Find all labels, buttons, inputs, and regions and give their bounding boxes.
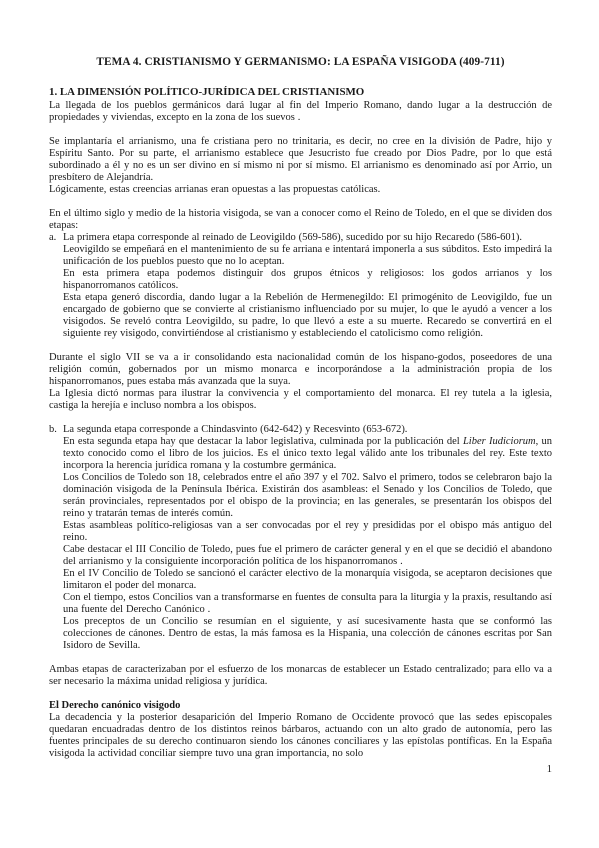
list-body-a: La primera etapa corresponde al reinado …: [63, 232, 552, 340]
paragraph-ambas-etapas: Ambas etapas de caracterizaban por el es…: [49, 664, 552, 688]
paragraph: Los preceptos de un Concilio se resumían…: [63, 616, 552, 652]
paragraph: En el IV Concilio de Toledo se sancionó …: [63, 568, 552, 592]
paragraph-iglesia: La Iglesia dictó normas para ilustrar la…: [49, 388, 552, 412]
paragraph: Esta etapa generó discordia, dando lugar…: [63, 292, 552, 340]
paragraph-arianismo: Se implantaría el arrianismo, una fe cri…: [49, 136, 552, 184]
paragraph: En esta primera etapa podemos distinguir…: [63, 268, 552, 292]
paragraph-reino-toledo: En el último siglo y medio de la histori…: [49, 208, 552, 232]
list-item-b: b. La segunda etapa corresponde a Chinda…: [49, 424, 552, 652]
liber-text-before: En esta segunda etapa hay que destacar l…: [63, 436, 463, 447]
document-title: TEMA 4. CRISTIANISMO Y GERMANISMO: LA ES…: [49, 56, 552, 69]
paragraph-logicamente: Lógicamente, estas creencias arrianas er…: [49, 184, 552, 196]
paragraph: Los Concilios de Toledo son 18, celebrad…: [63, 472, 552, 520]
paragraph-liber-iudiciorum: En esta segunda etapa hay que destacar l…: [63, 436, 552, 472]
paragraph: Cabe destacar el III Concilio de Toledo,…: [63, 544, 552, 568]
paragraph-siglo-vii: Durante el siglo VII se va a ir consolid…: [49, 352, 552, 388]
list-body-b: La segunda etapa corresponde a Chindasvi…: [63, 424, 552, 652]
section-heading: 1. LA DIMENSIÓN POLÍTICO-JURÍDICA DEL CR…: [49, 86, 552, 99]
list-marker-b: b.: [49, 424, 63, 652]
paragraph: La segunda etapa corresponde a Chindasvi…: [63, 424, 552, 436]
paragraph: Leovigildo se empeñará en el mantenimien…: [63, 244, 552, 268]
paragraph: Con el tiempo, estos Concilios van a tra…: [63, 592, 552, 616]
paragraph-intro: La llegada de los pueblos germánicos dar…: [49, 100, 552, 124]
list-item-a: a. La primera etapa corresponde al reina…: [49, 232, 552, 340]
subheading-derecho-canonico: El Derecho canónico visigodo: [49, 700, 552, 712]
page-number: 1: [49, 764, 552, 776]
paragraph: La primera etapa corresponde al reinado …: [63, 232, 552, 244]
list-marker-a: a.: [49, 232, 63, 340]
paragraph-derecho-canonico: La decadencia y la posterior desaparició…: [49, 712, 552, 760]
liber-book-title: Liber Iudiciorum: [463, 436, 536, 447]
document-page: TEMA 4. CRISTIANISMO Y GERMANISMO: LA ES…: [0, 0, 599, 848]
paragraph: Estas asambleas político-religiosas van …: [63, 520, 552, 544]
